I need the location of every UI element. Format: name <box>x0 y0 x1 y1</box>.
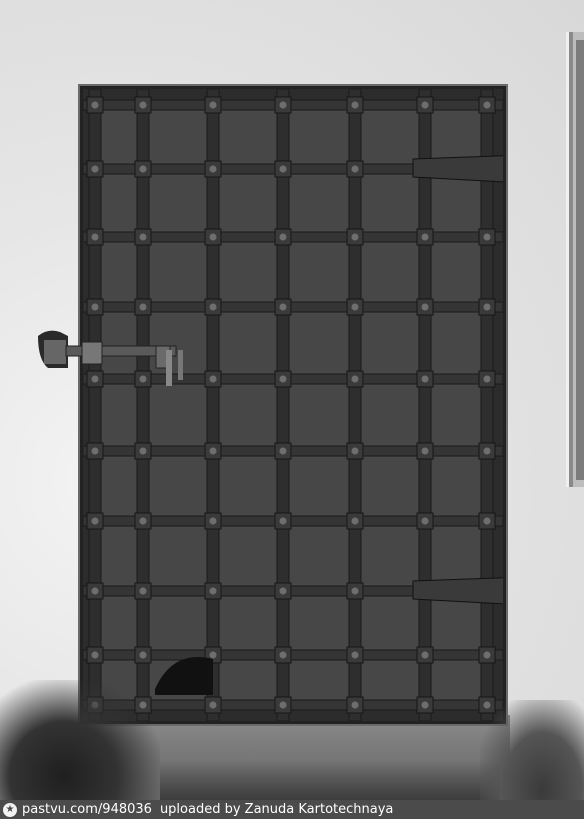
photograph <box>0 0 584 800</box>
grass-middle <box>160 760 500 800</box>
grass-right <box>480 700 584 800</box>
door-ironwork <box>83 89 503 721</box>
watermark-bar: ★ pastvu.com/948036 uploaded by Zanuda K… <box>0 800 584 819</box>
window-frame-inner <box>576 40 584 480</box>
source-url[interactable]: pastvu.com/948036 <box>22 802 152 817</box>
star-circle-icon: ★ <box>3 803 17 817</box>
grass-left <box>0 680 160 800</box>
door-lock-icon <box>38 328 188 386</box>
uploader-credit: uploaded by Zanuda Kartotechnaya <box>160 802 393 817</box>
iron-door <box>80 86 506 724</box>
